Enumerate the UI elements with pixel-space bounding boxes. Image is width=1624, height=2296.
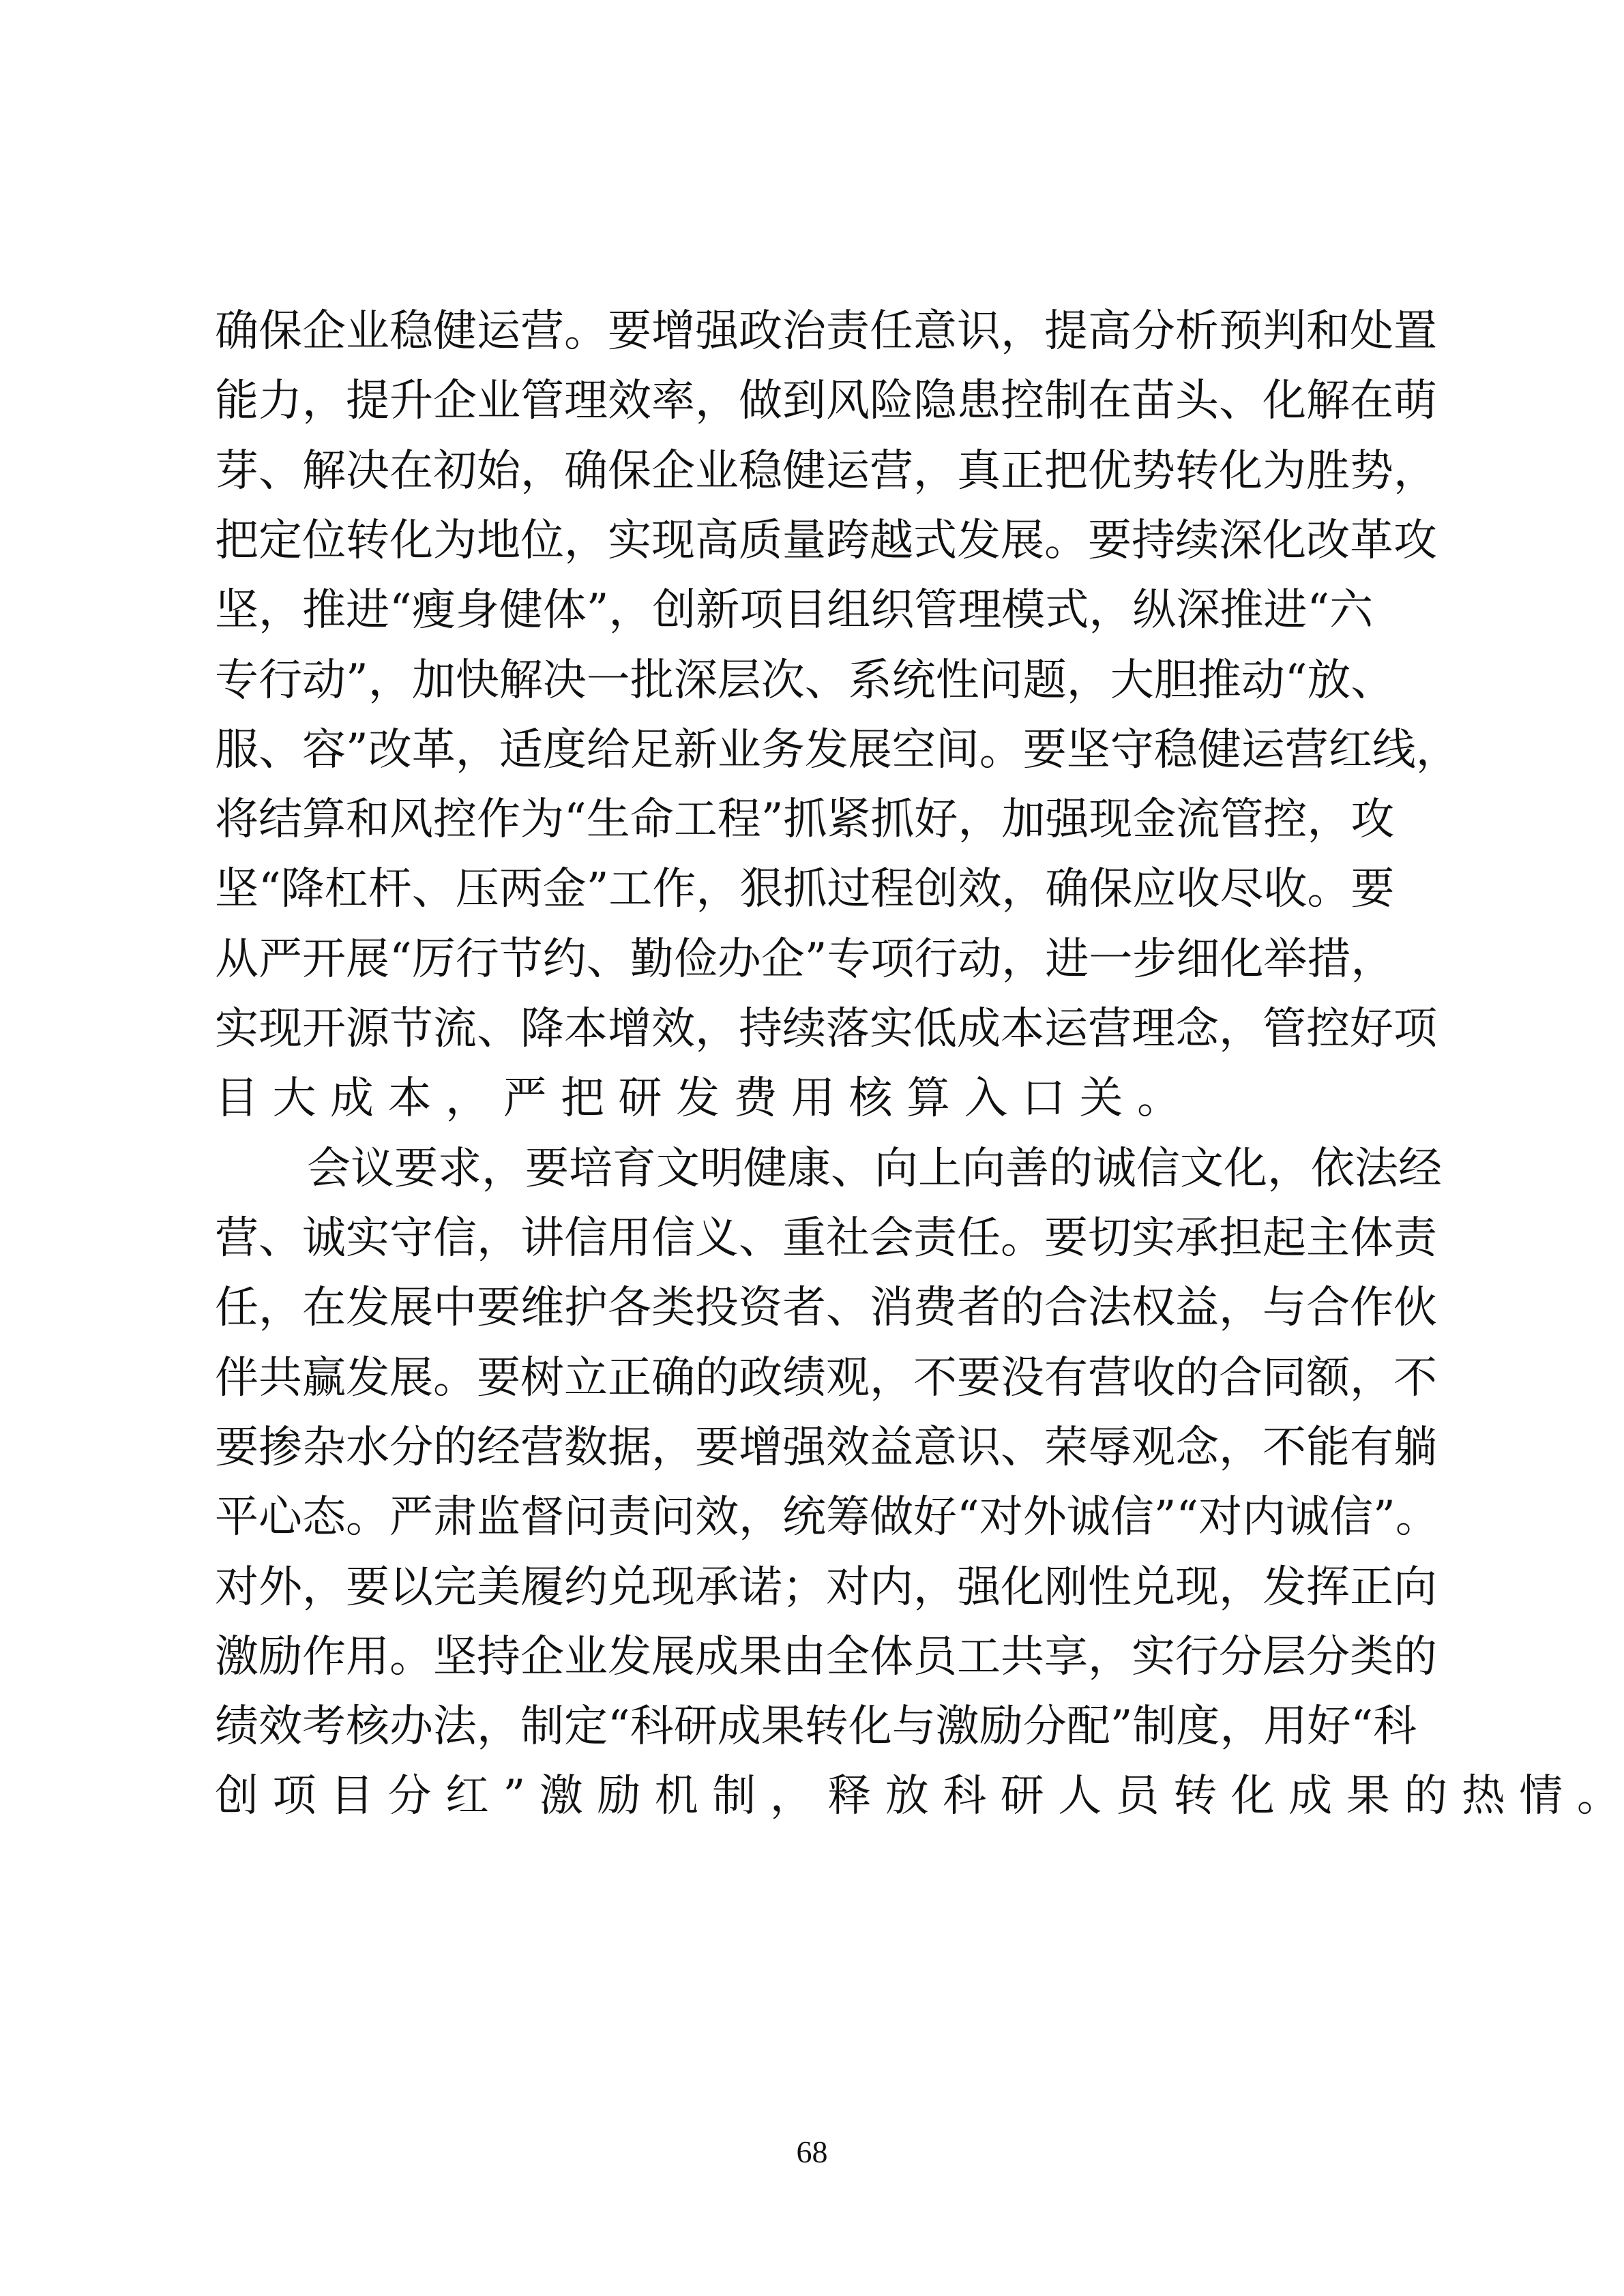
paragraph-2-line-5: 要掺杂水分的经营数据，要增强效益意识、荣辱观念，不能有躺	[215, 1416, 1371, 1479]
paragraph-1-line-1: 确保企业稳健运营。要增强政治责任意识，提高分析预判和处置	[215, 300, 1371, 363]
paragraph-2-line-2: 营、诚实守信，讲信用信义、重社会责任。要切实承担起主体责	[215, 1207, 1371, 1270]
paragraph-1-line-5: 坚，推进“瘦身健体”，创新项目组织管理模式，纵深推进“六	[215, 579, 1371, 642]
page-number: 68	[0, 2133, 1624, 2171]
paragraph-1-line-6: 专行动”，加快解决一批深层次、系统性问题，大胆推动“放、	[215, 649, 1371, 712]
paragraph-1-line-11: 实现开源节流、降本增效，持续落实低成本运营理念，管控好项	[215, 998, 1371, 1060]
paragraph-2-line-3: 任，在发展中要维护各类投资者、消费者的合法权益，与合作伙	[215, 1277, 1371, 1339]
paragraph-1-line-10: 从严开展“厉行节约、勤俭办企”专项行动，进一步细化举措，	[215, 928, 1371, 991]
paragraph-2-line-10: 创项目分红”激励机制，释放科研人员转化成果的热情。	[215, 1765, 1371, 1828]
paragraph-2-line-1: 会议要求，要培育文明健康、向上向善的诚信文化，依法经	[307, 1137, 1371, 1200]
document-page: 确保企业稳健运营。要增强政治责任意识，提高分析预判和处置 能力，提升企业管理效率…	[0, 0, 1624, 2296]
paragraph-2-line-8: 激励作用。坚持企业发展成果由全体员工共享，实行分层分类的	[215, 1626, 1371, 1688]
paragraph-1-line-2: 能力，提升企业管理效率，做到风险隐患控制在苗头、化解在萌	[215, 370, 1371, 432]
paragraph-1-line-4: 把定位转化为地位，实现高质量跨越式发展。要持续深化改革攻	[215, 509, 1371, 572]
paragraph-1-line-12: 目大成本，严把研发费用核算入口关。	[215, 1067, 1371, 1130]
paragraph-1-line-8: 将结算和风控作为“生命工程”抓紧抓好，加强现金流管控，攻	[215, 788, 1371, 851]
paragraph-2-line-7: 对外，要以完美履约兑现承诺；对内，强化刚性兑现，发挥正向	[215, 1556, 1371, 1619]
paragraph-2-line-6: 平心态。严肃监督问责问效，统筹做好“对外诚信”“对内诚信”。	[215, 1486, 1371, 1549]
paragraph-2-line-9: 绩效考核办法，制定“科研成果转化与激励分配”制度，用好“科	[215, 1695, 1371, 1758]
paragraph-1-line-7: 服、容”改革，适度给足新业务发展空间。要坚守稳健运营红线，	[215, 719, 1371, 781]
paragraph-1-line-3: 芽、解决在初始，确保企业稳健运营，真正把优势转化为胜势，	[215, 440, 1371, 503]
paragraph-2-line-4: 伴共赢发展。要树立正确的政绩观，不要没有营收的合同额，不	[215, 1347, 1371, 1410]
paragraph-1-line-9: 坚“降杠杆、压两金”工作，狠抓过程创效，确保应收尽收。要	[215, 858, 1371, 921]
